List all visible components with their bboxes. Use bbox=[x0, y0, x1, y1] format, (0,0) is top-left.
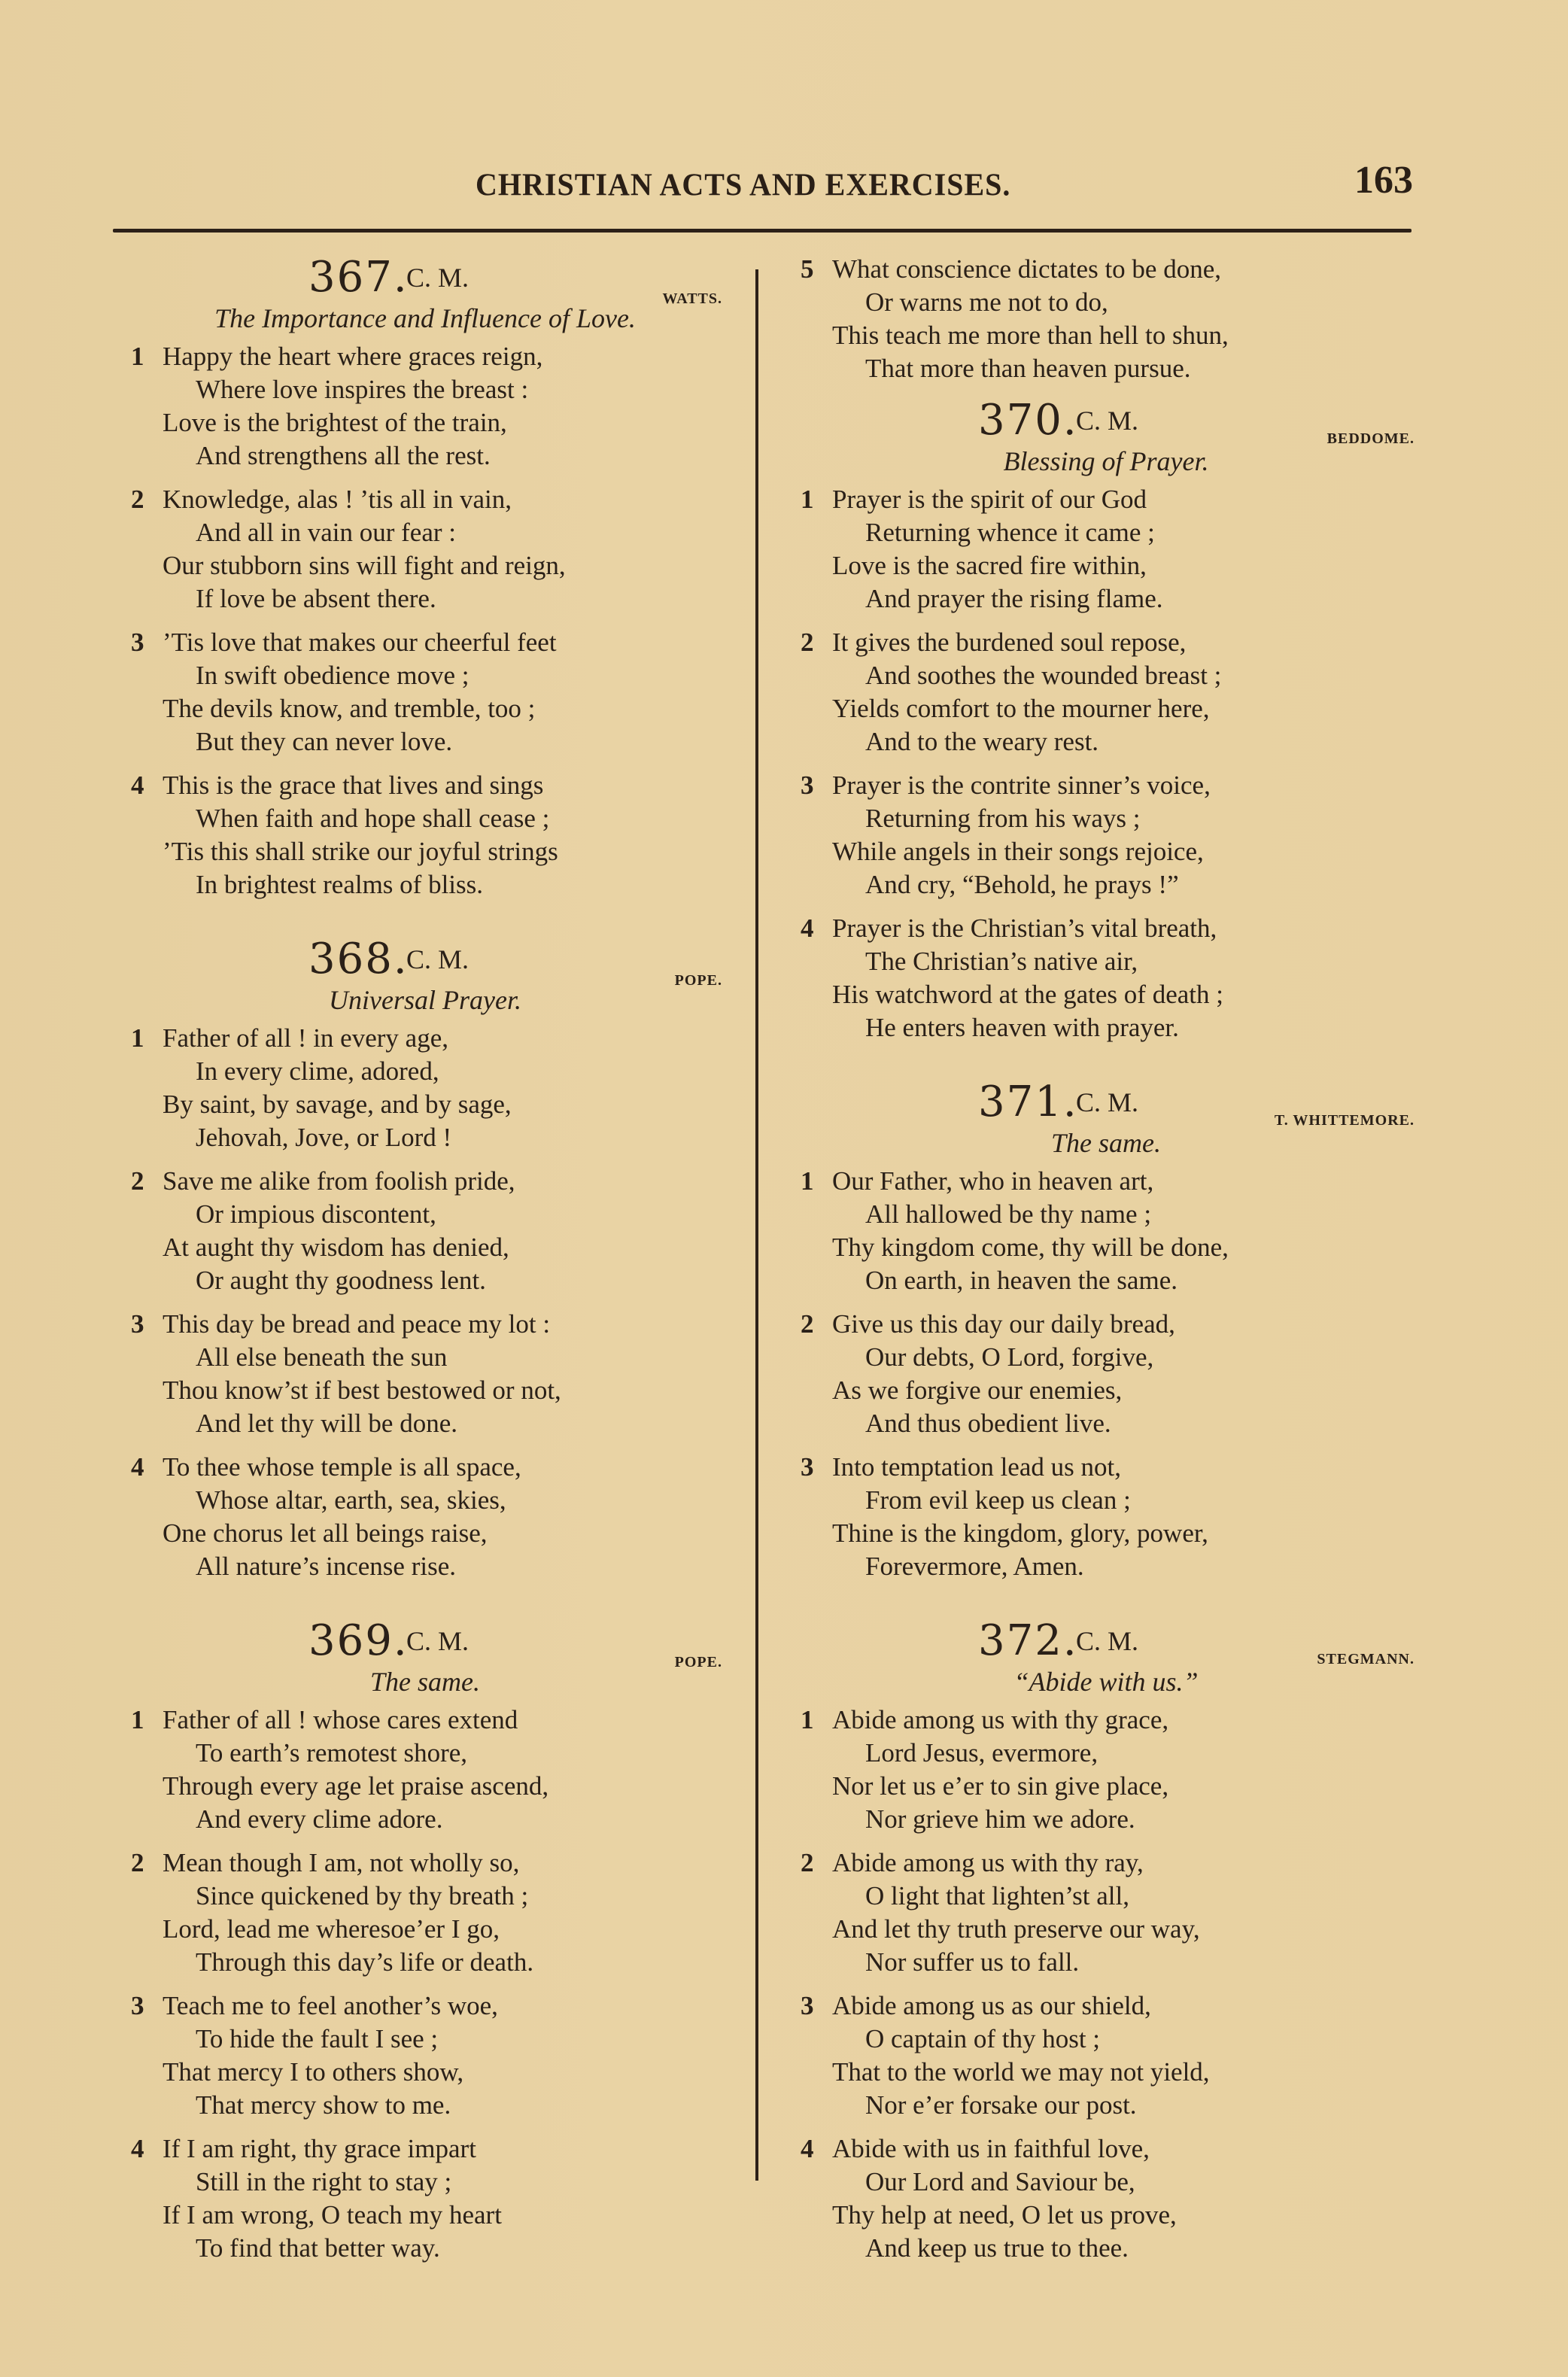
stanza-number: 2 bbox=[131, 483, 144, 516]
verse-text: Prayer is the spirit of our God bbox=[832, 485, 1147, 514]
verse-text: If I am right, thy grace impart bbox=[163, 2134, 476, 2163]
verse-line: Thy kingdom come, thy will be done, bbox=[798, 1231, 1415, 1264]
hymn-number: 371. bbox=[978, 1078, 1078, 1126]
hymn-meter: C. M. bbox=[406, 944, 469, 975]
stanza: 2It gives the burdened soul repose,And s… bbox=[798, 626, 1415, 758]
hymn-number: 369. bbox=[308, 1616, 409, 1665]
verse-text: Thy kingdom come, thy will be done, bbox=[832, 1233, 1229, 1262]
stanza-number: 1 bbox=[801, 1704, 814, 1737]
verse-text: To hide the fault I see ; bbox=[196, 2024, 438, 2053]
verse-text: Lord Jesus, evermore, bbox=[865, 1738, 1098, 1768]
verse-line: As we forgive our enemies, bbox=[798, 1374, 1415, 1407]
verse-text: And let thy truth preserve our way, bbox=[832, 1914, 1200, 1944]
verse-text: Our debts, O Lord, forgive, bbox=[865, 1342, 1153, 1372]
hymn-author: T. WHITTEMORE. bbox=[1275, 1112, 1415, 1129]
stanza: 1Prayer is the spirit of our GodReturnin… bbox=[798, 483, 1415, 616]
verse-text: Nor suffer us to fall. bbox=[865, 1947, 1079, 1977]
stanza-number: 3 bbox=[131, 1989, 144, 2023]
verse-text: But they can never love. bbox=[196, 727, 452, 756]
verse-text: Whose altar, earth, sea, skies, bbox=[196, 1485, 506, 1515]
hymn-title: “Abide with us.” bbox=[798, 1666, 1415, 1698]
verse-line: Returning whence it came ; bbox=[798, 516, 1415, 549]
hymn-author: POPE. bbox=[675, 1654, 722, 1671]
hymn-title: The Importance and Influence of Love. bbox=[128, 302, 722, 334]
verse-text: And thus obedient live. bbox=[865, 1409, 1111, 1438]
verse-text: Or aught thy goodness lent. bbox=[196, 1266, 486, 1295]
verse-text: All hallowed be thy name ; bbox=[865, 1199, 1151, 1229]
verse-line: 4Prayer is the Christian’s vital breath, bbox=[798, 912, 1415, 945]
verse-line: 1Happy the heart where graces reign, bbox=[128, 340, 722, 373]
stanza-number: 2 bbox=[131, 1847, 144, 1880]
verse-line: O captain of thy host ; bbox=[798, 2023, 1415, 2056]
verse-text: Nor let us e’er to sin give place, bbox=[832, 1771, 1168, 1801]
stanza: 1Father of all ! whose cares extendTo ea… bbox=[128, 1704, 722, 1836]
verse-text: This is the grace that lives and sings bbox=[163, 771, 543, 800]
stanza-number: 2 bbox=[801, 626, 814, 659]
verse-line: Where love inspires the breast : bbox=[128, 373, 722, 406]
verse-text: Father of all ! in every age, bbox=[163, 1023, 448, 1053]
verse-text: O light that lighten’st all, bbox=[865, 1881, 1129, 1910]
verse-text: From evil keep us clean ; bbox=[865, 1485, 1131, 1515]
stanza: 2Abide among us with thy ray,O light tha… bbox=[798, 1847, 1415, 1979]
verse-text: Where love inspires the breast : bbox=[196, 375, 528, 404]
stanza-number: 2 bbox=[131, 1165, 144, 1198]
verse-line: Thou know’st if best bestowed or not, bbox=[128, 1374, 722, 1407]
verse-text: Since quickened by thy breath ; bbox=[196, 1881, 528, 1910]
hymn-author: WATTS. bbox=[662, 290, 722, 308]
verse-text: When faith and hope shall cease ; bbox=[196, 804, 549, 833]
verse-text: Returning whence it came ; bbox=[865, 518, 1155, 547]
stanza: 2Save me alike from foolish pride,Or imp… bbox=[128, 1165, 722, 1297]
stanza: 3Into temptation lead us not,From evil k… bbox=[798, 1451, 1415, 1583]
hymn-heading: 368.C. M.POPE. bbox=[128, 935, 722, 981]
verse-text: And soothes the wounded breast ; bbox=[865, 661, 1221, 690]
verse-line: In brightest realms of bliss. bbox=[128, 868, 722, 901]
verse-line: From evil keep us clean ; bbox=[798, 1484, 1415, 1517]
verse-text: Through every age let praise ascend, bbox=[163, 1771, 548, 1801]
verse-line: That mercy show to me. bbox=[128, 2089, 722, 2122]
verse-text: By saint, by savage, and by sage, bbox=[163, 1090, 512, 1119]
verse-text: Forevermore, Amen. bbox=[865, 1552, 1084, 1581]
hymn: 371.C. M.T. WHITTEMORE.The same.1Our Fat… bbox=[798, 1078, 1415, 1583]
stanza-number: 3 bbox=[801, 1989, 814, 2023]
header-rule bbox=[113, 229, 1412, 233]
verse-line: 3Into temptation lead us not, bbox=[798, 1451, 1415, 1484]
verse-text: All else beneath the sun bbox=[196, 1342, 447, 1372]
verse-text: This teach me more than hell to shun, bbox=[832, 321, 1229, 350]
hymn-heading: 367.C. M.WATTS. bbox=[128, 253, 722, 299]
verse-text: In swift obedience move ; bbox=[196, 661, 469, 690]
verse-text: ’Tis this shall strike our joyful string… bbox=[163, 837, 558, 866]
hymn-number: 370. bbox=[978, 396, 1078, 445]
verse-line: To find that better way. bbox=[128, 2232, 722, 2265]
verse-line: And all in vain our fear : bbox=[128, 516, 722, 549]
verse-text: And keep us true to thee. bbox=[865, 2233, 1129, 2263]
stanza: 4To thee whose temple is all space,Whose… bbox=[128, 1451, 722, 1583]
hymn: 372.C. M.STEGMANN.“Abide with us.”1Abide… bbox=[798, 1616, 1415, 2265]
verse-text: He enters heaven with prayer. bbox=[865, 1013, 1179, 1042]
stanza: 3’Tis love that makes our cheerful feetI… bbox=[128, 626, 722, 758]
hymn-title: The same. bbox=[128, 1666, 722, 1698]
hymn-heading: 370.C. M.BEDDOME. bbox=[798, 396, 1415, 442]
verse-line: 4Abide with us in faithful love, bbox=[798, 2132, 1415, 2166]
verse-text: One chorus let all beings raise, bbox=[163, 1518, 488, 1548]
stanza: 3Abide among us as our shield,O captain … bbox=[798, 1989, 1415, 2122]
stanza: 2Give us this day our daily bread,Our de… bbox=[798, 1308, 1415, 1440]
verse-line: Returning from his ways ; bbox=[798, 802, 1415, 835]
verse-line: The Christian’s native air, bbox=[798, 945, 1415, 978]
verse-line: 2Give us this day our daily bread, bbox=[798, 1308, 1415, 1341]
verse-text: Our Father, who in heaven art, bbox=[832, 1166, 1153, 1196]
verse-line: Still in the right to stay ; bbox=[128, 2166, 722, 2199]
stanza: 4Abide with us in faithful love,Our Lord… bbox=[798, 2132, 1415, 2265]
stanza-number: 3 bbox=[801, 1451, 814, 1484]
verse-text: And all in vain our fear : bbox=[196, 518, 456, 547]
verse-line: Nor e’er forsake our post. bbox=[798, 2089, 1415, 2122]
verse-line: All nature’s incense rise. bbox=[128, 1550, 722, 1583]
verse-line: 3Teach me to feel another’s woe, bbox=[128, 1989, 722, 2023]
page-number: 163 bbox=[1354, 158, 1413, 202]
stanza-number: 2 bbox=[801, 1308, 814, 1341]
stanza-number: 4 bbox=[801, 2132, 814, 2166]
hymn: 370.C. M.BEDDOME.Blessing of Prayer.1Pra… bbox=[798, 396, 1415, 1044]
verse-line: His watchword at the gates of death ; bbox=[798, 978, 1415, 1011]
verse-line: 1Father of all ! whose cares extend bbox=[128, 1704, 722, 1737]
verse-text: Jehovah, Jove, or Lord ! bbox=[196, 1123, 451, 1152]
verse-text: Our Lord and Saviour be, bbox=[865, 2167, 1135, 2196]
verse-text: What conscience dictates to be done, bbox=[832, 254, 1221, 284]
stanza: 4If I am right, thy grace impartStill in… bbox=[128, 2132, 722, 2265]
stanza-number: 4 bbox=[131, 2132, 144, 2166]
verse-text: And to the weary rest. bbox=[865, 727, 1099, 756]
stanza: 3Prayer is the contrite sinner’s voice,R… bbox=[798, 769, 1415, 901]
verse-line: Or warns me not to do, bbox=[798, 286, 1415, 319]
hymn-meter: C. M. bbox=[406, 262, 469, 293]
verse-line: That more than heaven pursue. bbox=[798, 352, 1415, 385]
verse-line: And let thy truth preserve our way, bbox=[798, 1913, 1415, 1946]
hymn-title: Universal Prayer. bbox=[128, 984, 722, 1016]
hymn-number: 367. bbox=[308, 253, 409, 302]
hymn-number: 368. bbox=[308, 935, 409, 983]
verse-text: And let thy will be done. bbox=[196, 1409, 457, 1438]
verse-text: If love be absent there. bbox=[196, 584, 436, 613]
verse-line: Or aught thy goodness lent. bbox=[128, 1264, 722, 1297]
verse-line: And let thy will be done. bbox=[128, 1407, 722, 1440]
verse-line: Love is the brightest of the train, bbox=[128, 406, 722, 439]
verse-text: Or impious discontent, bbox=[196, 1199, 436, 1229]
verse-text: Our stubborn sins will fight and reign, bbox=[163, 551, 566, 580]
verse-line: 1Abide among us with thy grace, bbox=[798, 1704, 1415, 1737]
verse-text: Prayer is the Christian’s vital breath, bbox=[832, 913, 1217, 943]
verse-text: To thee whose temple is all space, bbox=[163, 1452, 521, 1482]
verse-line: If love be absent there. bbox=[128, 582, 722, 616]
verse-line: Jehovah, Jove, or Lord ! bbox=[128, 1121, 722, 1154]
verse-text: While angels in their songs rejoice, bbox=[832, 837, 1204, 866]
verse-line: The devils know, and tremble, too ; bbox=[128, 692, 722, 725]
verse-line: All hallowed be thy name ; bbox=[798, 1198, 1415, 1231]
verse-text: That to the world we may not yield, bbox=[832, 2057, 1210, 2087]
verse-text: And strengthens all the rest. bbox=[196, 441, 491, 470]
stanza-number: 2 bbox=[801, 1847, 814, 1880]
verse-line: 3’Tis love that makes our cheerful feet bbox=[128, 626, 722, 659]
verse-line: 1Prayer is the spirit of our God bbox=[798, 483, 1415, 516]
book-page: CHRISTIAN ACTS AND EXERCISES. 163 367.C.… bbox=[0, 0, 1568, 2377]
section-gap bbox=[798, 1594, 1415, 1616]
verse-line: Thine is the kingdom, glory, power, bbox=[798, 1517, 1415, 1550]
verse-line: 5What conscience dictates to be done, bbox=[798, 253, 1415, 286]
verse-line: 2Save me alike from foolish pride, bbox=[128, 1165, 722, 1198]
verse-line: Our stubborn sins will fight and reign, bbox=[128, 549, 722, 582]
verse-text: Still in the right to stay ; bbox=[196, 2167, 451, 2196]
verse-text: Returning from his ways ; bbox=[865, 804, 1141, 833]
verse-text: At aught thy wisdom has denied, bbox=[163, 1233, 509, 1262]
verse-text: This day be bread and peace my lot : bbox=[163, 1309, 550, 1339]
hymn-title: The same. bbox=[798, 1127, 1415, 1159]
verse-text: The devils know, and tremble, too ; bbox=[163, 694, 535, 723]
stanza-number: 4 bbox=[131, 1451, 144, 1484]
verse-line: That mercy I to others show, bbox=[128, 2056, 722, 2089]
verse-line: But they can never love. bbox=[128, 725, 722, 758]
verse-text: Into temptation lead us not, bbox=[832, 1452, 1121, 1482]
stanza: 4This is the grace that lives and singsW… bbox=[128, 769, 722, 901]
section-gap bbox=[798, 1055, 1415, 1078]
verse-text: Thine is the kingdom, glory, power, bbox=[832, 1518, 1208, 1548]
verse-line: To hide the fault I see ; bbox=[128, 2023, 722, 2056]
verse-text: His watchword at the gates of death ; bbox=[832, 980, 1223, 1009]
verse-text: As we forgive our enemies, bbox=[832, 1375, 1122, 1405]
verse-line: To earth’s remotest shore, bbox=[128, 1737, 722, 1770]
verse-text: Knowledge, alas ! ’tis all in vain, bbox=[163, 485, 512, 514]
hymn: 368.C. M.POPE.Universal Prayer.1Father o… bbox=[128, 935, 722, 1583]
verse-line: Love is the sacred fire within, bbox=[798, 549, 1415, 582]
verse-text: Love is the sacred fire within, bbox=[832, 551, 1147, 580]
hymn: 367.C. M.WATTS.The Importance and Influe… bbox=[128, 253, 722, 901]
hymn-heading: 372.C. M.STEGMANN. bbox=[798, 1616, 1415, 1663]
hymn-author: STEGMANN. bbox=[1317, 1651, 1415, 1668]
hymn-heading: 371.C. M.T. WHITTEMORE. bbox=[798, 1078, 1415, 1124]
verse-text: ’Tis love that makes our cheerful feet bbox=[163, 628, 557, 657]
verse-text: Abide among us with thy grace, bbox=[832, 1705, 1168, 1734]
verse-text: The Christian’s native air, bbox=[865, 947, 1138, 976]
verse-text: Mean though I am, not wholly so, bbox=[163, 1848, 519, 1877]
verse-text: Yields comfort to the mourner here, bbox=[832, 694, 1210, 723]
hymn-author: POPE. bbox=[675, 972, 722, 989]
verse-text: That mercy I to others show, bbox=[163, 2057, 463, 2087]
verse-line: And thus obedient live. bbox=[798, 1407, 1415, 1440]
verse-line: At aught thy wisdom has denied, bbox=[128, 1231, 722, 1264]
verse-line: In every clime, adored, bbox=[128, 1055, 722, 1088]
verse-text: To find that better way. bbox=[196, 2233, 440, 2263]
verse-line: And every clime adore. bbox=[128, 1803, 722, 1836]
verse-line: 1Father of all ! in every age, bbox=[128, 1022, 722, 1055]
stanza: 1Abide among us with thy grace,Lord Jesu… bbox=[798, 1704, 1415, 1836]
verse-line: By saint, by savage, and by sage, bbox=[128, 1088, 722, 1121]
verse-line: 3This day be bread and peace my lot : bbox=[128, 1308, 722, 1341]
stanza-number: 1 bbox=[801, 483, 814, 516]
stanza-number: 1 bbox=[131, 340, 144, 373]
verse-text: Lord, lead me wheresoe’er I go, bbox=[163, 1914, 500, 1944]
verse-line: If I am wrong, O teach my heart bbox=[128, 2199, 722, 2232]
verse-line: Our Lord and Saviour be, bbox=[798, 2166, 1415, 2199]
verse-line: In swift obedience move ; bbox=[128, 659, 722, 692]
verse-line: O light that lighten’st all, bbox=[798, 1880, 1415, 1913]
verse-line: 2Knowledge, alas ! ’tis all in vain, bbox=[128, 483, 722, 516]
stanza-number: 1 bbox=[801, 1165, 814, 1198]
verse-line: Nor grieve him we adore. bbox=[798, 1803, 1415, 1836]
verse-line: When faith and hope shall cease ; bbox=[128, 802, 722, 835]
verse-text: Abide among us as our shield, bbox=[832, 1991, 1151, 2020]
verse-line: Or impious discontent, bbox=[128, 1198, 722, 1231]
verse-text: Nor grieve him we adore. bbox=[865, 1804, 1135, 1834]
verse-line: And prayer the rising flame. bbox=[798, 582, 1415, 616]
verse-line: 4This is the grace that lives and sings bbox=[128, 769, 722, 802]
verse-line: He enters heaven with prayer. bbox=[798, 1011, 1415, 1044]
stanza-number: 3 bbox=[131, 626, 144, 659]
stanza: 2Knowledge, alas ! ’tis all in vain,And … bbox=[128, 483, 722, 616]
verse-line: Since quickened by thy breath ; bbox=[128, 1880, 722, 1913]
verse-line: Nor let us e’er to sin give place, bbox=[798, 1770, 1415, 1803]
hymn-meter: C. M. bbox=[1076, 1087, 1138, 1118]
verse-text: Through this day’s life or death. bbox=[196, 1947, 533, 1977]
verse-line: Lord Jesus, evermore, bbox=[798, 1737, 1415, 1770]
verse-text: All nature’s incense rise. bbox=[196, 1552, 456, 1581]
stanza-number: 3 bbox=[131, 1308, 144, 1341]
stanza: 1Our Father, who in heaven art,All hallo… bbox=[798, 1165, 1415, 1297]
verse-text: Nor e’er forsake our post. bbox=[865, 2090, 1137, 2120]
verse-text: Thy help at need, O let us prove, bbox=[832, 2200, 1177, 2230]
verse-line: Whose altar, earth, sea, skies, bbox=[128, 1484, 722, 1517]
verse-line: This teach me more than hell to shun, bbox=[798, 319, 1415, 352]
verse-line: All else beneath the sun bbox=[128, 1341, 722, 1374]
hymn-meter: C. M. bbox=[1076, 405, 1138, 436]
stanza: 4Prayer is the Christian’s vital breath,… bbox=[798, 912, 1415, 1044]
verse-line: 2It gives the burdened soul repose, bbox=[798, 626, 1415, 659]
verse-text: If I am wrong, O teach my heart bbox=[163, 2200, 502, 2230]
verse-text: Or warns me not to do, bbox=[865, 287, 1108, 317]
verse-text: It gives the burdened soul repose, bbox=[832, 628, 1186, 657]
verse-text: Happy the heart where graces reign, bbox=[163, 342, 542, 371]
running-head: CHRISTIAN ACTS AND EXERCISES. bbox=[476, 166, 1010, 203]
hymn-meter: C. M. bbox=[406, 1625, 469, 1657]
hymn-author: BEDDOME. bbox=[1327, 430, 1415, 448]
verse-line: ’Tis this shall strike our joyful string… bbox=[128, 835, 722, 868]
stanza-number: 1 bbox=[131, 1022, 144, 1055]
stanza: 5What conscience dictates to be done,Or … bbox=[798, 253, 1415, 385]
verse-line: That to the world we may not yield, bbox=[798, 2056, 1415, 2089]
stanza: 2Mean though I am, not wholly so,Since q… bbox=[128, 1847, 722, 1979]
verse-text: And prayer the rising flame. bbox=[865, 584, 1163, 613]
verse-text: Abide with us in faithful love, bbox=[832, 2134, 1150, 2163]
hymn-meter: C. M. bbox=[1076, 1625, 1138, 1657]
verse-line: 4If I am right, thy grace impart bbox=[128, 2132, 722, 2166]
verse-text: Abide among us with thy ray, bbox=[832, 1848, 1144, 1877]
verse-line: And strengthens all the rest. bbox=[128, 439, 722, 473]
stanza: 1Father of all ! in every age,In every c… bbox=[128, 1022, 722, 1154]
stanza-number: 4 bbox=[801, 912, 814, 945]
verse-line: 3Prayer is the contrite sinner’s voice, bbox=[798, 769, 1415, 802]
verse-line: 3Abide among us as our shield, bbox=[798, 1989, 1415, 2023]
hymn-title: Blessing of Prayer. bbox=[798, 445, 1415, 477]
verse-text: O captain of thy host ; bbox=[865, 2024, 1100, 2053]
verse-line: One chorus let all beings raise, bbox=[128, 1517, 722, 1550]
stanza-number: 4 bbox=[131, 769, 144, 802]
stanza: 3Teach me to feel another’s woe,To hide … bbox=[128, 1989, 722, 2122]
verse-line: And soothes the wounded breast ; bbox=[798, 659, 1415, 692]
verse-line: Our debts, O Lord, forgive, bbox=[798, 1341, 1415, 1374]
stanza-number: 3 bbox=[801, 769, 814, 802]
stanza: 1Happy the heart where graces reign,Wher… bbox=[128, 340, 722, 473]
hymn-number: 372. bbox=[978, 1616, 1078, 1665]
verse-text: Thou know’st if best bestowed or not, bbox=[163, 1375, 561, 1405]
verse-line: 1Our Father, who in heaven art, bbox=[798, 1165, 1415, 1198]
verse-line: Thy help at need, O let us prove, bbox=[798, 2199, 1415, 2232]
verse-line: 2Mean though I am, not wholly so, bbox=[128, 1847, 722, 1880]
verse-text: In brightest realms of bliss. bbox=[196, 870, 483, 899]
section-gap bbox=[128, 912, 722, 935]
verse-text: And cry, “Behold, he prays !” bbox=[865, 870, 1179, 899]
verse-text: Teach me to feel another’s woe, bbox=[163, 1991, 498, 2020]
verse-text: That mercy show to me. bbox=[196, 2090, 451, 2120]
column-divider bbox=[755, 269, 758, 2181]
verse-text: Save me alike from foolish pride, bbox=[163, 1166, 515, 1196]
hymn: 369.C. M.POPE.The same.1Father of all ! … bbox=[128, 1616, 722, 2265]
verse-text: Father of all ! whose cares extend bbox=[163, 1705, 518, 1734]
verse-line: And keep us true to thee. bbox=[798, 2232, 1415, 2265]
stanza-number: 1 bbox=[131, 1704, 144, 1737]
verse-line: And cry, “Behold, he prays !” bbox=[798, 868, 1415, 901]
verse-line: While angels in their songs rejoice, bbox=[798, 835, 1415, 868]
verse-text: Love is the brightest of the train, bbox=[163, 408, 507, 437]
stanza-number: 5 bbox=[801, 253, 814, 286]
verse-text: Give us this day our daily bread, bbox=[832, 1309, 1175, 1339]
verse-line: 4To thee whose temple is all space, bbox=[128, 1451, 722, 1484]
verse-line: Forevermore, Amen. bbox=[798, 1550, 1415, 1583]
verse-line: And to the weary rest. bbox=[798, 725, 1415, 758]
verse-text: And every clime adore. bbox=[196, 1804, 442, 1834]
verse-text: On earth, in heaven the same. bbox=[865, 1266, 1178, 1295]
verse-line: On earth, in heaven the same. bbox=[798, 1264, 1415, 1297]
verse-line: Nor suffer us to fall. bbox=[798, 1946, 1415, 1979]
verse-text: Prayer is the contrite sinner’s voice, bbox=[832, 771, 1211, 800]
verse-text: To earth’s remotest shore, bbox=[196, 1738, 467, 1768]
verse-line: Through this day’s life or death. bbox=[128, 1946, 722, 1979]
verse-text: In every clime, adored, bbox=[196, 1056, 439, 1086]
verse-line: 2Abide among us with thy ray, bbox=[798, 1847, 1415, 1880]
verse-text: That more than heaven pursue. bbox=[865, 354, 1190, 383]
stanza: 3This day be bread and peace my lot :All… bbox=[128, 1308, 722, 1440]
verse-line: Through every age let praise ascend, bbox=[128, 1770, 722, 1803]
section-gap bbox=[128, 1594, 722, 1616]
left-column: 367.C. M.WATTS.The Importance and Influe… bbox=[128, 253, 722, 2275]
verse-line: Lord, lead me wheresoe’er I go, bbox=[128, 1913, 722, 1946]
verse-line: Yields comfort to the mourner here, bbox=[798, 692, 1415, 725]
hymn-heading: 369.C. M.POPE. bbox=[128, 1616, 722, 1663]
right-column: 5What conscience dictates to be done,Or … bbox=[798, 253, 1415, 2275]
